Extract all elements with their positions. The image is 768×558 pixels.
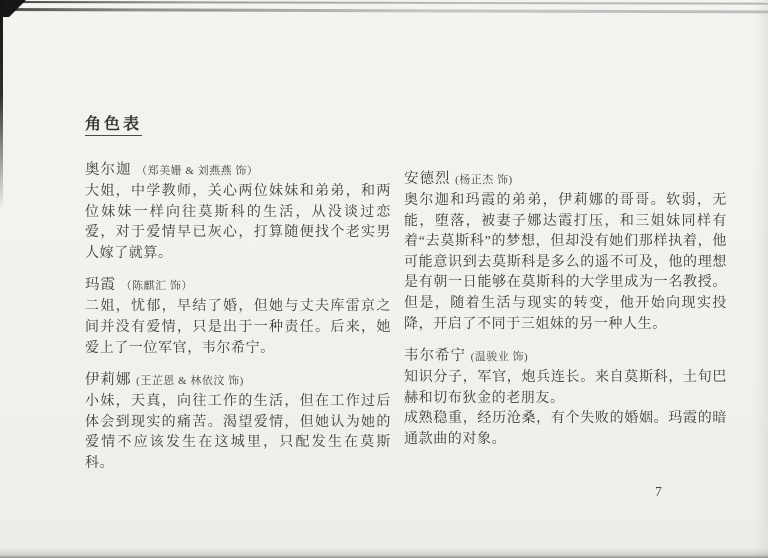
scan-left-edge-artifact: [0, 0, 3, 210]
character-cast: （郑美姗 & 刘燕燕 饰）: [136, 165, 258, 177]
character-entry-masha: 玛霞 （陈麒汇 饰） 二姐，忧郁，早结了婚，但她与丈夫库雷京之间并没有爱情，只是…: [85, 275, 391, 359]
character-description: 小妹，天真，向往工作的生活，但在工作过后体会到现实的痛苦。渴望爱情，但她认为她的…: [85, 392, 391, 474]
character-cast: (王芷恩 & 林依汶 饰): [136, 375, 244, 387]
character-name: 玛霞: [85, 277, 116, 293]
page-title: 角色表: [85, 111, 142, 136]
two-column-layout: 奥尔迦 （郑美姗 & 刘燕燕 饰） 大姐，中学教师，关心两位妹妹和弟弟，和两位妹…: [85, 160, 727, 486]
scan-top-edge-line: [0, 1, 768, 5]
character-name: 韦尔希宁: [404, 348, 466, 364]
character-description: 二姐，忧郁，早结了婚，但她与丈夫库雷京之间并没有爱情，只是出于一种责任。后来，她…: [85, 297, 391, 359]
character-description: 奥尔迦和玛霞的弟弟，伊莉娜的哥哥。软弱，无能，堕落，被妻子娜达霞打压，和三姐妹同…: [404, 191, 727, 335]
character-cast: （陈麒汇 饰）: [121, 280, 193, 292]
character-heading: 韦尔希宁 (温骏业 饰): [404, 346, 727, 368]
left-column: 奥尔迦 （郑美姗 & 刘燕燕 饰） 大姐，中学教师，关心两位妹妹和弟弟，和两位妹…: [85, 160, 391, 486]
character-cast: (温骏业 饰): [471, 351, 529, 363]
character-cast: (杨正杰 饰): [455, 174, 513, 186]
page-number: 7: [655, 484, 662, 500]
character-name: 伊莉娜: [85, 372, 132, 388]
character-entry-andrei: 安德烈 (杨正杰 饰) 奥尔迦和玛霞的弟弟，伊莉娜的哥哥。软弱，无能，堕落，被妻…: [404, 169, 727, 335]
character-description: 知识分子，军官，炮兵连长。来自莫斯科，土旬巴赫和切布狄金的老朋友。 成熟稳重，经…: [404, 368, 727, 450]
character-name: 奥尔迦: [85, 162, 132, 178]
scanned-page: 角色表 奥尔迦 （郑美姗 & 刘燕燕 饰） 大姐，中学教师，关心两位妹妹和弟弟，…: [0, 0, 768, 558]
character-heading: 伊莉娜 (王芷恩 & 林依汶 饰): [85, 370, 391, 392]
character-name: 安德烈: [404, 171, 451, 187]
scan-right-shading: [754, 0, 768, 558]
character-entry-irina: 伊莉娜 (王芷恩 & 林依汶 饰) 小妹，天真，向往工作的生活，但在工作过后体会…: [85, 370, 391, 474]
character-heading: 奥尔迦 （郑美姗 & 刘燕燕 饰）: [85, 160, 391, 182]
character-entry-vershinin: 韦尔希宁 (温骏业 饰) 知识分子，军官，炮兵连长。来自莫斯科，土旬巴赫和切布狄…: [404, 346, 727, 450]
scan-top-edge-line-2: [0, 8, 768, 13]
character-description: 大姐，中学教师，关心两位妹妹和弟弟，和两位妹妹一样向往莫斯科的生活，从没谈过恋爱…: [85, 182, 391, 264]
character-entry-olga: 奥尔迦 （郑美姗 & 刘燕燕 饰） 大姐，中学教师，关心两位妹妹和弟弟，和两位妹…: [85, 160, 391, 264]
character-heading: 安德烈 (杨正杰 饰): [404, 169, 727, 191]
right-column: 安德烈 (杨正杰 饰) 奥尔迦和玛霞的弟弟，伊莉娜的哥哥。软弱，无能，堕落，被妻…: [404, 160, 727, 486]
character-heading: 玛霞 （陈麒汇 饰）: [85, 275, 391, 297]
cast-list-content: 角色表 奥尔迦 （郑美姗 & 刘燕燕 饰） 大姐，中学教师，关心两位妹妹和弟弟，…: [85, 111, 727, 486]
scan-bottom-edge-shadow: [0, 548, 768, 558]
